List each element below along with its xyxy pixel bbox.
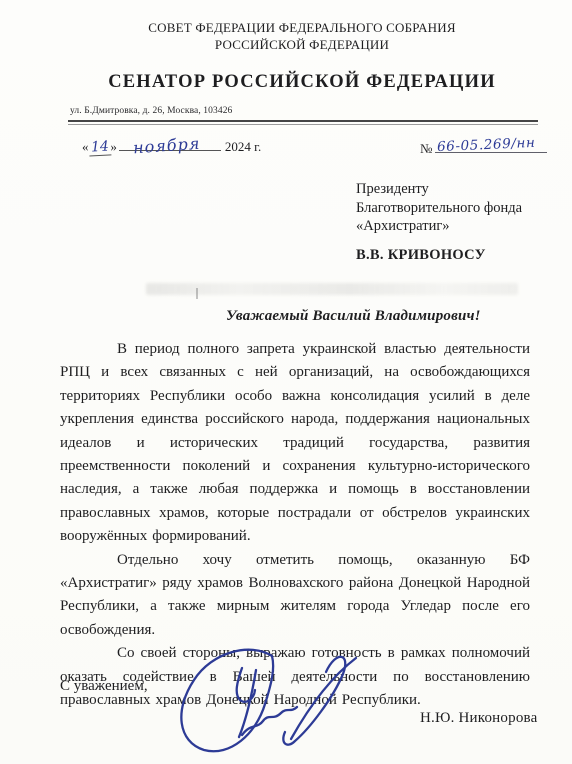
signer-name: Н.Ю. Никонорова (420, 710, 537, 727)
org-line-1: СОВЕТ ФЕДЕРАЦИИ ФЕДЕРАЛЬНОГО СОБРАНИЯ (32, 20, 572, 37)
scan-mark-artifact (196, 288, 198, 299)
date-line: «14»ноября2024 г. (82, 136, 261, 156)
recipient-block: Президенту Благотворительного фонда «Арх… (356, 180, 522, 264)
number-sign: № (420, 141, 432, 156)
letterhead-title: СЕНАТОР РОССИЙСКОЙ ФЕДЕРАЦИИ (32, 72, 572, 93)
salutation: Уважаемый Василий Владимирович! (226, 308, 481, 325)
recipient-role: Президенту (356, 180, 522, 199)
month-blank-line: ноября (119, 136, 221, 151)
handwritten-month: ноября (132, 134, 201, 158)
paragraph-2: Отдельно хочу отметить помощь, оказанную… (60, 549, 530, 643)
signature-loop (181, 650, 273, 752)
signature-flourish-up (291, 658, 356, 739)
scan-ghosting-artifact (146, 283, 518, 295)
paragraph-1: В период полного запрета украинской влас… (60, 338, 530, 549)
recipient-org: Благотворительного фонда (356, 199, 522, 218)
handwritten-signature (158, 642, 378, 764)
recipient-name: В.В. КРИВОНОСУ (356, 246, 522, 265)
handwritten-day: 14 (88, 138, 111, 156)
letterhead-divider (68, 120, 538, 125)
letterhead-address: ул. Б.Дмитровка, д. 26, Москва, 103426 (70, 106, 232, 116)
letterhead-organization: СОВЕТ ФЕДЕРАЦИИ ФЕДЕРАЛЬНОГО СОБРАНИЯ РО… (32, 20, 572, 53)
quote-open: « (82, 139, 89, 154)
recipient-org-name: «Архистратиг» (356, 217, 522, 236)
quote-close: » (110, 139, 117, 154)
number-blank-line: 66-05.269/нн (435, 138, 547, 153)
handwritten-number: 66-05.269/нн (437, 135, 536, 155)
document-number-line: №66-05.269/нн (420, 138, 547, 157)
year-label: 2024 г. (225, 139, 261, 154)
org-line-2: РОССИЙСКОЙ ФЕДЕРАЦИИ (32, 37, 572, 54)
valediction: С уважением, (60, 678, 148, 695)
scanned-letter-page: СОВЕТ ФЕДЕРАЦИИ ФЕДЕРАЛЬНОГО СОБРАНИЯ РО… (0, 0, 572, 764)
